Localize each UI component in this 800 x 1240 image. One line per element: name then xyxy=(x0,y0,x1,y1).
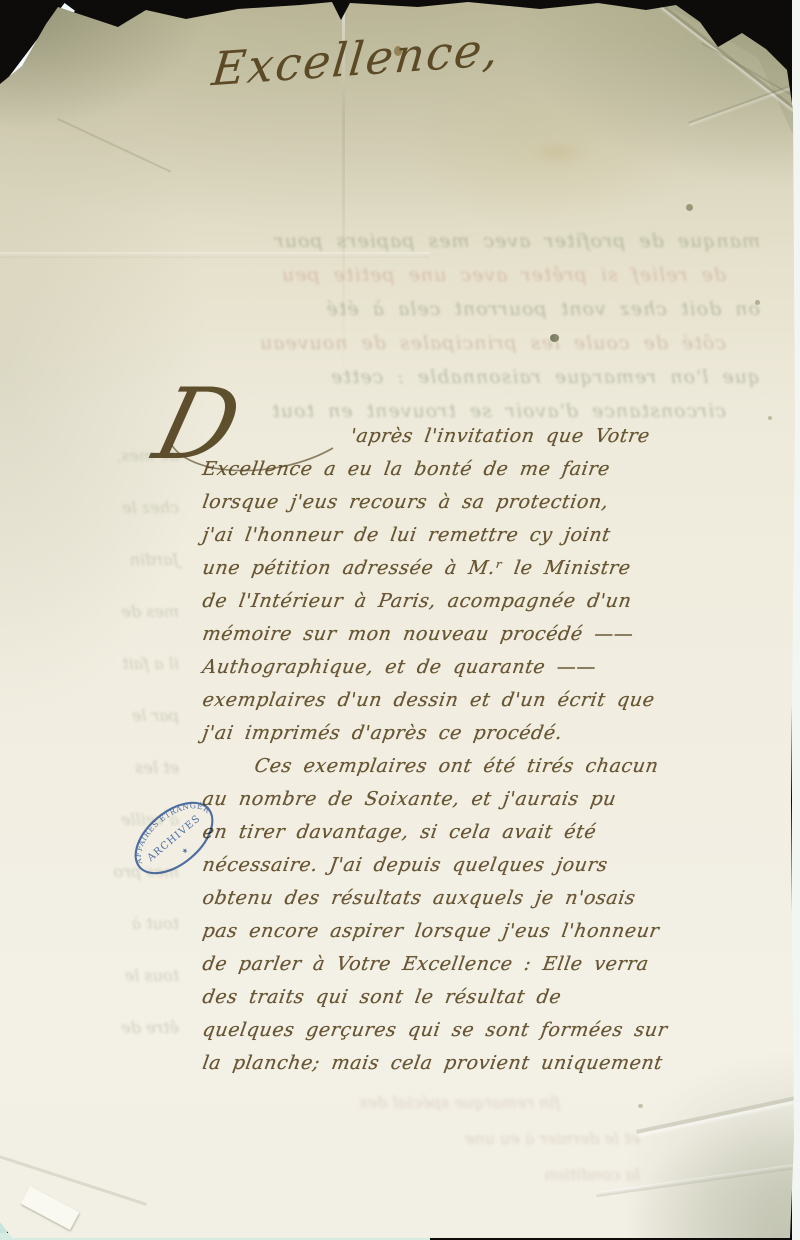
letter-line: j'ai l'honneur de lui remettre cy joint xyxy=(190,519,775,552)
bleedthrough-line: de relief si prêter avec une petite peu xyxy=(15,258,760,292)
letter-line: quelques gerçures qui se sont formées su… xyxy=(190,1014,775,1047)
bleedthrough-line: mes de xyxy=(4,586,179,638)
letter-line: nécessaire. J'ai depuis quelques jours xyxy=(190,849,775,882)
letter-line: obtenu des résultats auxquels je n'osais xyxy=(190,882,775,915)
letter-line: Ces exemplaires ont été tirés chacun xyxy=(190,750,775,783)
paper-stain xyxy=(638,1104,643,1108)
bleedthrough-margin-column: de mes,chez leJardinmes deil a faitpar l… xyxy=(4,430,179,1070)
bleedthrough-line: il a fait xyxy=(4,638,179,690)
letter-line: des traits qui sont le résultat de xyxy=(190,981,775,1014)
bleedthrough-line: la condition xyxy=(60,1157,680,1193)
letter-line: la planche; mais cela provient uniquemen… xyxy=(190,1047,775,1080)
bleedthrough-line: que l'on remarque raisonnable : cette xyxy=(15,360,760,394)
bleedthrough-line: tous le xyxy=(4,950,179,1002)
paper-stain xyxy=(528,140,588,166)
letter-line: de l'Intérieur à Paris, acompagnée d'un xyxy=(190,585,775,618)
scanned-letter-page: manque de profiter avec mes papiers pour… xyxy=(0,0,800,1240)
paper: manque de profiter avec mes papiers pour… xyxy=(0,0,800,1240)
corner-wrinkle xyxy=(624,1110,794,1240)
bleedthrough-bottom-block: fin remarque spécial deset le dernier à … xyxy=(60,1085,680,1195)
letter-line: pas encore aspirer lorsque j'eus l'honne… xyxy=(190,915,775,948)
stamp-ring-text: AFFAIRES ÉTRANGÈRES xyxy=(124,794,213,875)
bleedthrough-line: tout à xyxy=(4,898,179,950)
letter-line: exemplaires d'un dessin et d'un écrit qu… xyxy=(190,684,775,717)
letter-line: en tirer davantage, si cela avait été xyxy=(190,816,775,849)
bleedthrough-line: être de xyxy=(4,1002,179,1054)
letter-line: de parler à Votre Excellence : Elle verr… xyxy=(190,948,775,981)
bleedthrough-line: on doit chez vont pourront cela à été xyxy=(15,292,760,326)
archives-stamp: AFFAIRES ÉTRANGÈRES ★ ARCHIVES xyxy=(124,794,224,884)
letter-line: j'ai imprimés d'après ce procédé. xyxy=(190,717,775,750)
letter-line: mémoire sur mon nouveau procédé —— xyxy=(190,618,775,651)
crease-mark xyxy=(57,118,171,173)
letter-line: lorsque j'eus recours à sa protection, xyxy=(190,486,775,519)
bleedthrough-line: côté de coule les principales de nouveau xyxy=(15,326,760,360)
paper-stain xyxy=(550,334,559,342)
bleedthrough-line: et le dernier à eu une xyxy=(60,1121,680,1157)
stamp-star-icon: ★ xyxy=(180,846,190,856)
bleedthrough-line: fin remarque spécial des xyxy=(60,1085,680,1121)
crease-mark xyxy=(0,1152,147,1206)
salutation: Excellence, xyxy=(210,22,501,96)
bleedthrough-line: et les xyxy=(4,742,179,794)
crease-mark xyxy=(0,252,430,258)
bleedthrough-line: par le xyxy=(4,690,179,742)
corner-curl xyxy=(21,1186,80,1230)
letter-line: 'après l'invitation que Votre xyxy=(190,420,775,453)
bleedthrough-text-band: manque de profiter avec mes papiers pour… xyxy=(15,224,760,430)
paper-stain xyxy=(686,204,693,211)
bleedthrough-line: manque de profiter avec mes papiers pour xyxy=(15,224,760,258)
bleedthrough-line: chez le xyxy=(4,482,179,534)
letter-line: une pétition adressée à M.ʳ le Ministre xyxy=(190,552,775,585)
letter-line: Excellence a eu la bonté de me faire xyxy=(190,453,775,486)
paper-stain xyxy=(755,300,760,305)
bleedthrough-line: Jardin xyxy=(4,534,179,586)
letter-line: Authographique, et de quarante —— xyxy=(190,651,775,684)
letter-body: 'après l'invitation que Votre Excellence… xyxy=(190,420,775,1080)
letter-line: au nombre de Soixante, et j'aurais pu xyxy=(190,783,775,816)
